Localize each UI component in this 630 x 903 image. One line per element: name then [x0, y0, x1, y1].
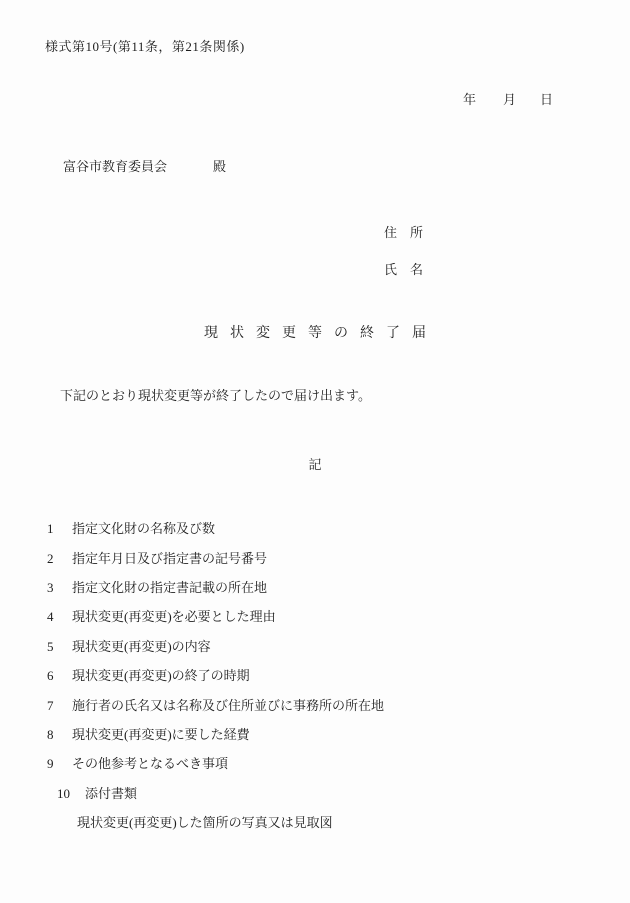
document-page: 様式第10号(第11条，第21条関係) 年 月 日 富谷市教育委員会 殿 住 所… — [0, 0, 630, 903]
list-item-number: 5 — [47, 640, 72, 653]
attachment-note-text: 現状変更(再変更)した箇所の写真又は見取図 — [77, 816, 333, 829]
date-month-label: 月 — [503, 93, 516, 106]
list-item-number: 6 — [47, 669, 72, 682]
addressee-honorific: 殿 — [213, 160, 226, 173]
list-item-text: 添付書類 — [85, 787, 137, 800]
item-list: 1 指定文化財の名称及び数 2 指定年月日及び指定書の記号番号 3 指定文化財の… — [47, 514, 607, 837]
list-item-number: 8 — [47, 728, 72, 741]
list-item: 5 現状変更(再変更)の内容 — [47, 632, 607, 661]
list-item-text: 現状変更(再変更)の内容 — [72, 640, 211, 653]
list-item: 4 現状変更(再変更)を必要とした理由 — [47, 602, 607, 631]
list-item-number: 10 — [57, 787, 85, 800]
addressee-line: 富谷市教育委員会 殿 — [63, 160, 226, 173]
list-item-text: 現状変更(再変更)を必要とした理由 — [72, 610, 276, 623]
list-item-text: 指定年月日及び指定書の記号番号 — [72, 552, 267, 565]
list-item: 6 現状変更(再変更)の終了の時期 — [47, 661, 607, 690]
list-item: 2 指定年月日及び指定書の記号番号 — [47, 543, 607, 572]
date-year-label: 年 — [463, 93, 476, 106]
list-item-text: 施行者の氏名又は名称及び住所並びに事務所の所在地 — [72, 699, 384, 712]
list-item: 9 その他参考となるべき事項 — [47, 749, 607, 778]
form-number: 様式第10号(第11条，第21条関係) — [45, 40, 245, 53]
list-item-number: 7 — [47, 699, 72, 712]
sender-address-label: 住 所 — [384, 226, 423, 239]
list-item: 7 施行者の氏名又は名称及び住所並びに事務所の所在地 — [47, 690, 607, 719]
list-item-number: 2 — [47, 552, 72, 565]
list-item: 1 指定文化財の名称及び数 — [47, 514, 607, 543]
addressee-name: 富谷市教育委員会 — [63, 160, 167, 173]
document-title: 現状変更等の終了届 — [0, 327, 630, 341]
list-item-text: 現状変更(再変更)の終了の時期 — [72, 669, 250, 682]
list-item: 8 現状変更(再変更)に要した経費 — [47, 720, 607, 749]
list-item: 10 添付書類 — [47, 779, 607, 808]
list-item-text: 現状変更(再変更)に要した経費 — [72, 728, 250, 741]
list-item-number: 9 — [47, 757, 72, 770]
attachment-note: 現状変更(再変更)した箇所の写真又は見取図 — [47, 808, 607, 837]
body-text: 下記のとおり現状変更等が終了したので届け出ます。 — [60, 389, 371, 402]
list-item-text: 指定文化財の指定書記載の所在地 — [72, 581, 267, 594]
list-item-number: 3 — [47, 581, 72, 594]
section-marker: 記 — [0, 458, 630, 471]
list-item-text: 指定文化財の名称及び数 — [72, 522, 215, 535]
date-line: 年 月 日 — [463, 93, 553, 106]
list-item-number: 4 — [47, 610, 72, 623]
list-item-number: 1 — [47, 522, 72, 535]
sender-name-label: 氏 名 — [384, 263, 423, 276]
list-item-text: その他参考となるべき事項 — [72, 757, 228, 770]
list-item: 3 指定文化財の指定書記載の所在地 — [47, 573, 607, 602]
date-day-label: 日 — [540, 93, 553, 106]
